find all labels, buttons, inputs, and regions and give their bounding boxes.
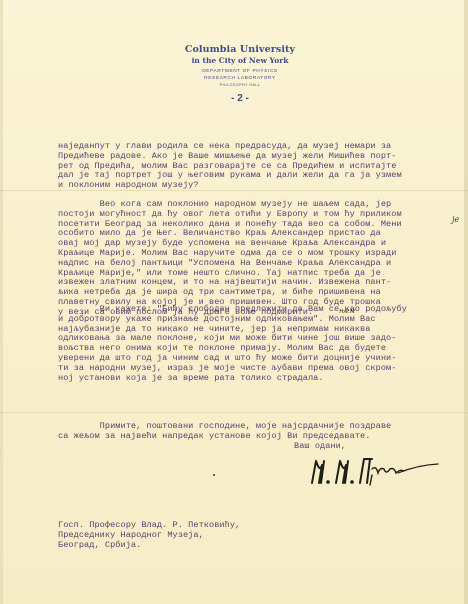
- university-city: in the City of New York: [170, 56, 310, 66]
- letterhead: Columbia University in the City of New Y…: [170, 44, 310, 104]
- handwritten-insertion: је: [452, 215, 459, 224]
- hall-name: PHILOSOPHY HALL: [170, 82, 310, 88]
- address-line: Београд, Србија.: [58, 541, 240, 551]
- paragraph-1: наједанпут у глави родила се нека предра…: [58, 142, 402, 191]
- valediction: Ваш одани,: [294, 442, 346, 452]
- laboratory-name: RESEARCH LABORATORY: [170, 75, 310, 82]
- department-name: DEPARTMENT OF PHYSICS: [170, 68, 310, 75]
- handwritten-insertion: њем: [339, 307, 355, 315]
- recipient-address: Госп. Професору Влад. Р. Петковићу,Предс…: [58, 521, 240, 550]
- ink-speck: [213, 474, 215, 476]
- university-name: Columbia University: [170, 44, 310, 56]
- paragraph-2: Вео кога сам поклонио народном музеју не…: [58, 200, 402, 318]
- page-number: - 2 -: [170, 93, 310, 104]
- paper-edge-left: [0, 0, 3, 604]
- signature: [306, 455, 441, 487]
- letter-page: Columbia University in the City of New Y…: [0, 0, 468, 604]
- paragraph-closing: Примите, поштовани господине, моје најср…: [58, 422, 391, 442]
- text-line: и поклоним народном музеју?: [58, 181, 402, 191]
- paper-edge-right: [464, 0, 468, 604]
- fold-line: [0, 412, 468, 413]
- text-line: ној установи која је за време рата толик…: [58, 374, 407, 384]
- paragraph-3: Ви кажете: "Бићу слободан предложити да …: [58, 305, 407, 383]
